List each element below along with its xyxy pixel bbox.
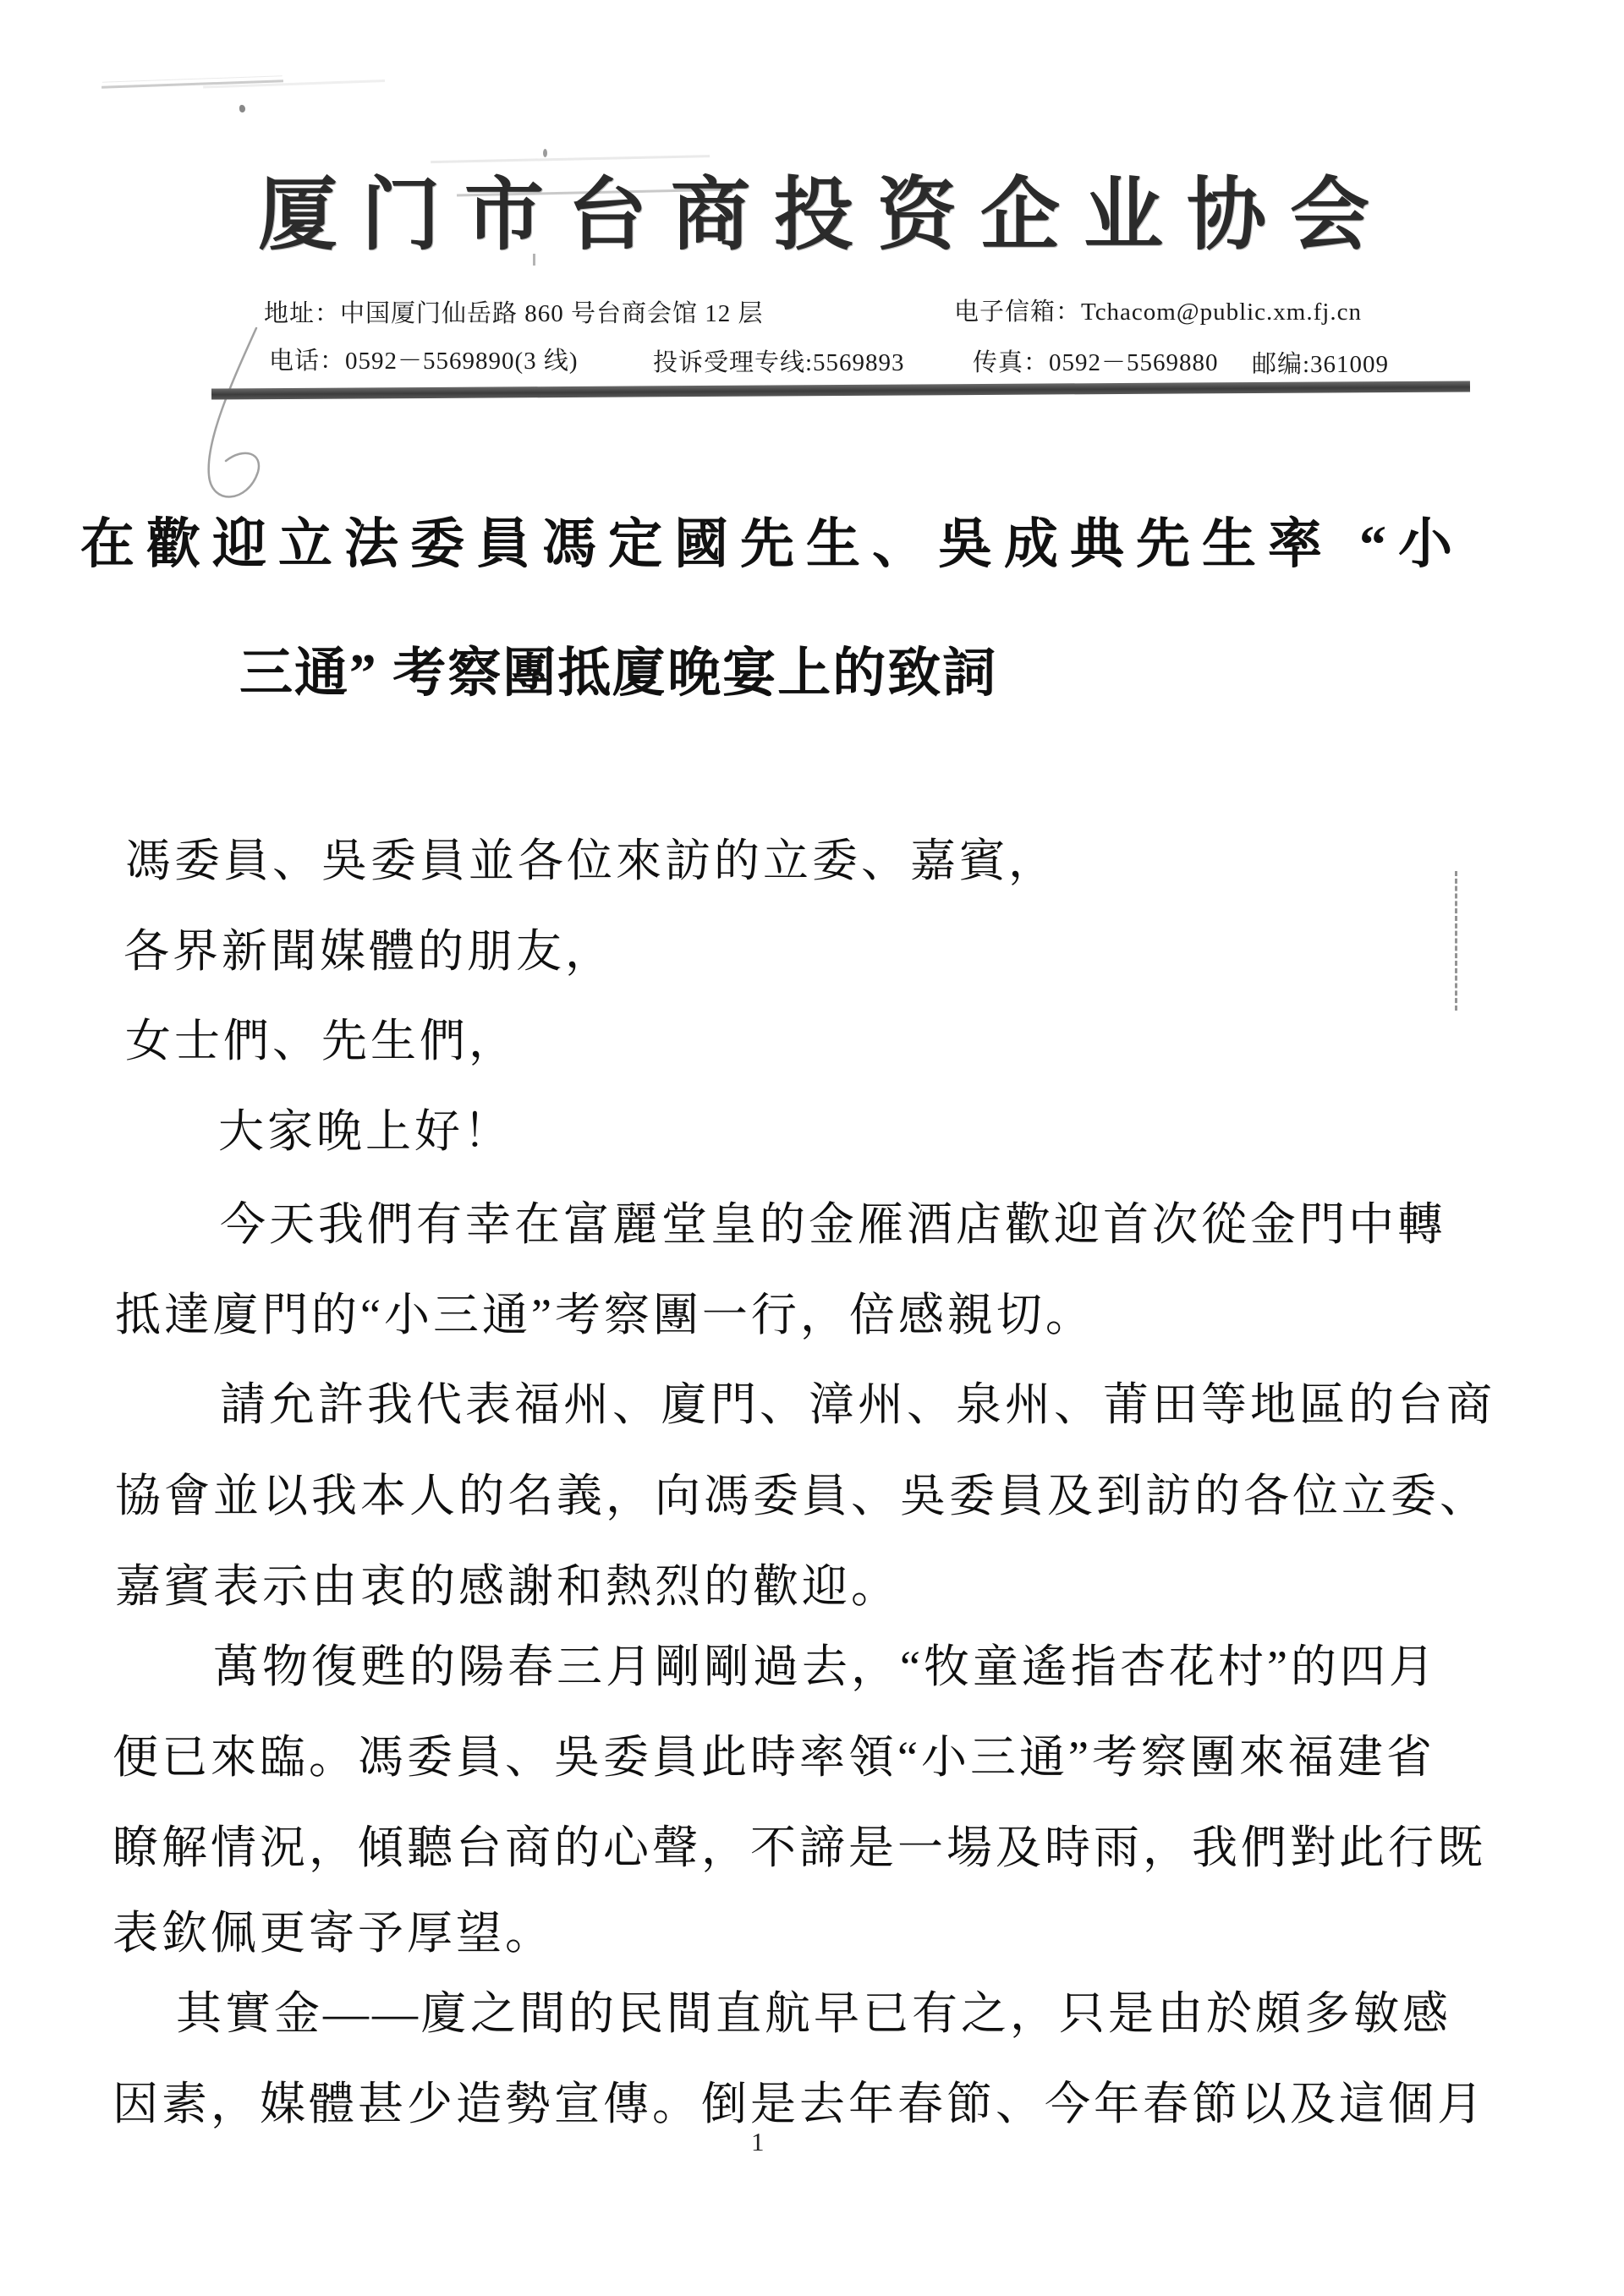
- letterhead-fax: 传真：0592－5569880: [973, 343, 1219, 378]
- letterhead-divider-rule: [211, 381, 1470, 399]
- body-line: 馮委員、吳委員並各位來訪的立委、嘉賓，: [125, 825, 1057, 890]
- body-line: 請允許我代表福州、廈門、漳州、泉州、莆田等地區的台商: [220, 1368, 1495, 1433]
- body-line: 今天我們有幸在富麗堂皇的金雁酒店歡迎首次從金門中轉: [220, 1188, 1446, 1253]
- body-line: 瞭解情況，傾聽台商的心聲，不諦是一場及時雨，我們對此行既: [112, 1811, 1486, 1877]
- body-line: 便已來臨。馮委員、吳委員此時率領“小三通”考察團來福建省: [112, 1721, 1435, 1786]
- scan-smudge-top-left: [101, 79, 283, 89]
- body-line: 女士們、先生們，: [125, 1005, 518, 1070]
- body-line: 其實金——廈之間的民間直航早已有之，只是由於頗多敏感: [176, 1977, 1451, 2042]
- document-title-line-1: 在歡迎立法委員馮定國先生、吳成典先生率 “小: [80, 501, 1464, 578]
- body-line: 表欽佩更寄予厚望。: [112, 1897, 554, 1962]
- scanned-document-page: { "letterhead": { "org_name": "厦门市台商投资企业…: [0, 0, 1624, 2296]
- body-line: 萬物復甦的陽春三月剛剛過去，“牧童遙指杏花村”的四月: [213, 1630, 1438, 1696]
- body-line: 各界新聞媒體的朋友，: [123, 915, 614, 980]
- body-line: 抵達廈門的“小三通”考察團一行，倍感親切。: [115, 1279, 1095, 1344]
- scan-dashed-line-artifact: [1455, 871, 1457, 1011]
- body-line: 因素，媒體甚少造勢宣傳。倒是去年春節、今年春節以及這個月: [112, 2068, 1486, 2133]
- body-line: 大家晚上好！: [218, 1095, 513, 1160]
- organization-name: 厦门市台商投资企业协会: [258, 151, 1393, 265]
- letterhead-postal-code: 邮编:361009: [1252, 345, 1389, 380]
- page-number: 1: [751, 2127, 765, 2157]
- letterhead-address: 地址：中国厦门仙岳路 860 号台商会馆 12 层: [264, 294, 764, 329]
- document-title-line-2: 三通” 考察團抵廈晚宴上的致詞: [239, 630, 997, 707]
- scan-speck: [239, 105, 245, 112]
- body-line: 協會並以我本人的名義，向馮委員、吳委員及到訪的各位立委、: [115, 1460, 1489, 1525]
- body-line: 嘉賓表示由衷的感謝和熱烈的歡迎。: [115, 1550, 900, 1615]
- letterhead-email: 电子信箱：Tchacom@public.xm.fj.cn: [954, 293, 1362, 327]
- letterhead-complaint-hotline: 投诉受理专线:5569893: [653, 343, 905, 378]
- letterhead-phone: 电话：0592－5569890(3 线): [269, 342, 579, 376]
